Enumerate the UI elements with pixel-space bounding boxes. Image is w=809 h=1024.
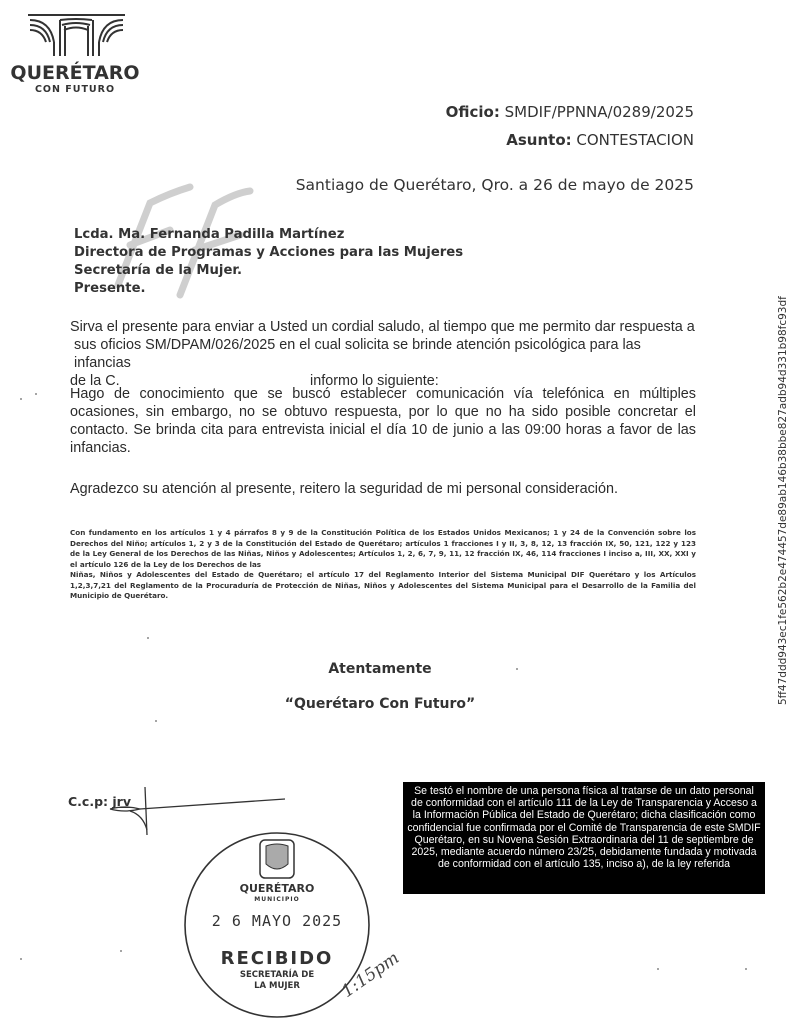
asunto: Asunto: CONTESTACION — [506, 131, 694, 149]
legal-foundation: Con fundamento en los artículos 1 y 4 pá… — [70, 528, 696, 602]
logo-wordmark: QUERÉTARO — [10, 62, 140, 84]
addressee-department: Secretaría de la Mujer. — [74, 262, 463, 280]
asunto-label: Asunto: — [506, 131, 571, 149]
closing-motto: “Querétaro Con Futuro” — [0, 696, 760, 712]
scan-speck — [516, 668, 518, 670]
document-hash: 5ff47ddd943ec1fe562b2e474457de89ab146b38… — [777, 315, 789, 705]
intro-line-1: Sirva el presente para enviar a Usted un… — [70, 318, 696, 336]
paragraph-closing: Agradezco su atención al presente, reite… — [70, 480, 696, 498]
logo-tagline: CON FUTURO — [10, 84, 140, 95]
oficio-value: SMDIF/PPNNA/0289/2025 — [505, 103, 694, 121]
stamp-municipio: MUNICIPIO — [182, 896, 372, 903]
scan-speck — [120, 950, 122, 952]
addressee-block: Lcda. Ma. Fernanda Padilla Martínez Dire… — [74, 226, 463, 298]
addressee-position: Directora de Programas y Acciones para l… — [74, 244, 463, 262]
scan-speck — [745, 968, 747, 970]
scan-speck — [657, 968, 659, 970]
scan-speck — [20, 958, 22, 960]
ccp-label: C.c.p: — [68, 794, 108, 809]
legal-part-2: Niñas, Niños y Adolescentes del Estado d… — [70, 570, 696, 602]
closing-atentamente: Atentamente — [0, 661, 760, 677]
stamp-date: 2 6 MAYO 2025 — [182, 912, 372, 930]
salutation: Presente. — [74, 280, 463, 298]
stamp-status: RECIBIDO — [182, 948, 372, 969]
oficio-label: Oficio: — [446, 103, 500, 121]
addressee-name: Lcda. Ma. Fernanda Padilla Martínez — [74, 226, 463, 244]
oficio-number: Oficio: SMDIF/PPNNA/0289/2025 — [446, 103, 694, 121]
stamp-name: QUERÉTARO — [182, 882, 372, 895]
scan-speck — [20, 398, 22, 400]
place-date: Santiago de Querétaro, Qro. a 26 de mayo… — [296, 176, 694, 194]
asunto-value: CONTESTACION — [576, 131, 694, 149]
scan-speck — [155, 720, 157, 722]
stamp-office-line-1: SECRETARÍA DE — [182, 970, 372, 981]
scan-speck — [147, 637, 149, 639]
queretaro-logo: QUERÉTARO CON FUTURO — [10, 12, 140, 92]
redaction-notice: Se testó el nombre de una persona física… — [403, 782, 765, 894]
aqueduct-icon — [10, 12, 140, 62]
intro-line-2: sus oficios SM/DPAM/026/2025 en el cual … — [70, 336, 696, 372]
scan-speck — [35, 393, 37, 395]
paragraph-response: Hago de conocimiento que se buscó establ… — [70, 385, 696, 457]
legal-part-1: Con fundamento en los artículos 1 y 4 pá… — [70, 528, 696, 570]
paragraph-intro: Sirva el presente para enviar a Usted un… — [70, 318, 696, 390]
signature-scribble — [105, 785, 285, 835]
